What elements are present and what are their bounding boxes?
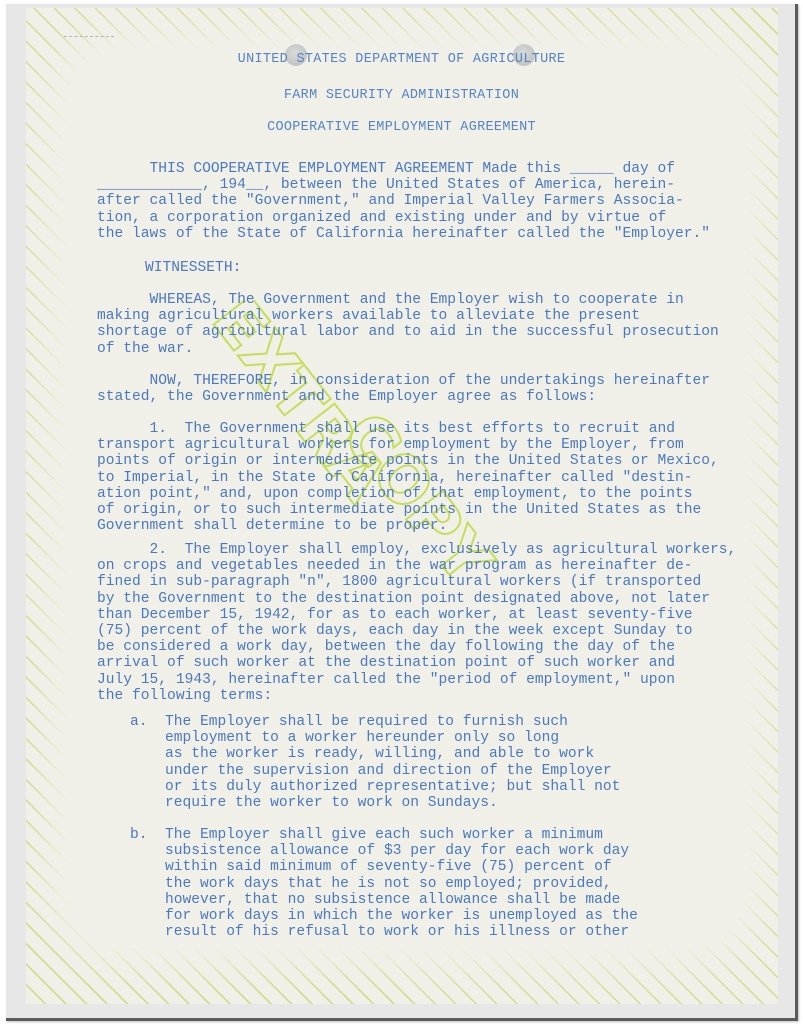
heading-agreement-title: COOPERATIVE EMPLOYMENT AGREEMENT [0,120,803,136]
sub-b-text: The Employer shall give each such worker… [165,827,638,940]
sub-a-text: The Employer shall be required to furnis… [165,714,620,811]
heading-administration: FARM SECURITY ADMINISTRATION [0,88,803,104]
now-therefore-paragraph: NOW, THEREFORE, in consideration of the … [97,373,787,405]
witnesseth-label: WITNESSETH: [145,260,803,276]
whereas-paragraph: WHEREAS, The Government and the Employer… [97,292,787,357]
sub-a-label: a. [130,714,148,730]
document-body: UNITED STATES DEPARTMENT OF AGRICULTURE … [0,0,803,1024]
sub-b-label: b. [130,827,148,843]
intro-paragraph: THIS COOPERATIVE EMPLOYMENT AGREEMENT Ma… [97,161,787,242]
clause-2: 2. The Employer shall employ, exclusivel… [97,542,787,704]
heading-department: UNITED STATES DEPARTMENT OF AGRICULTURE [0,52,803,68]
clause-1: 1. The Government shall use its best eff… [97,421,787,534]
